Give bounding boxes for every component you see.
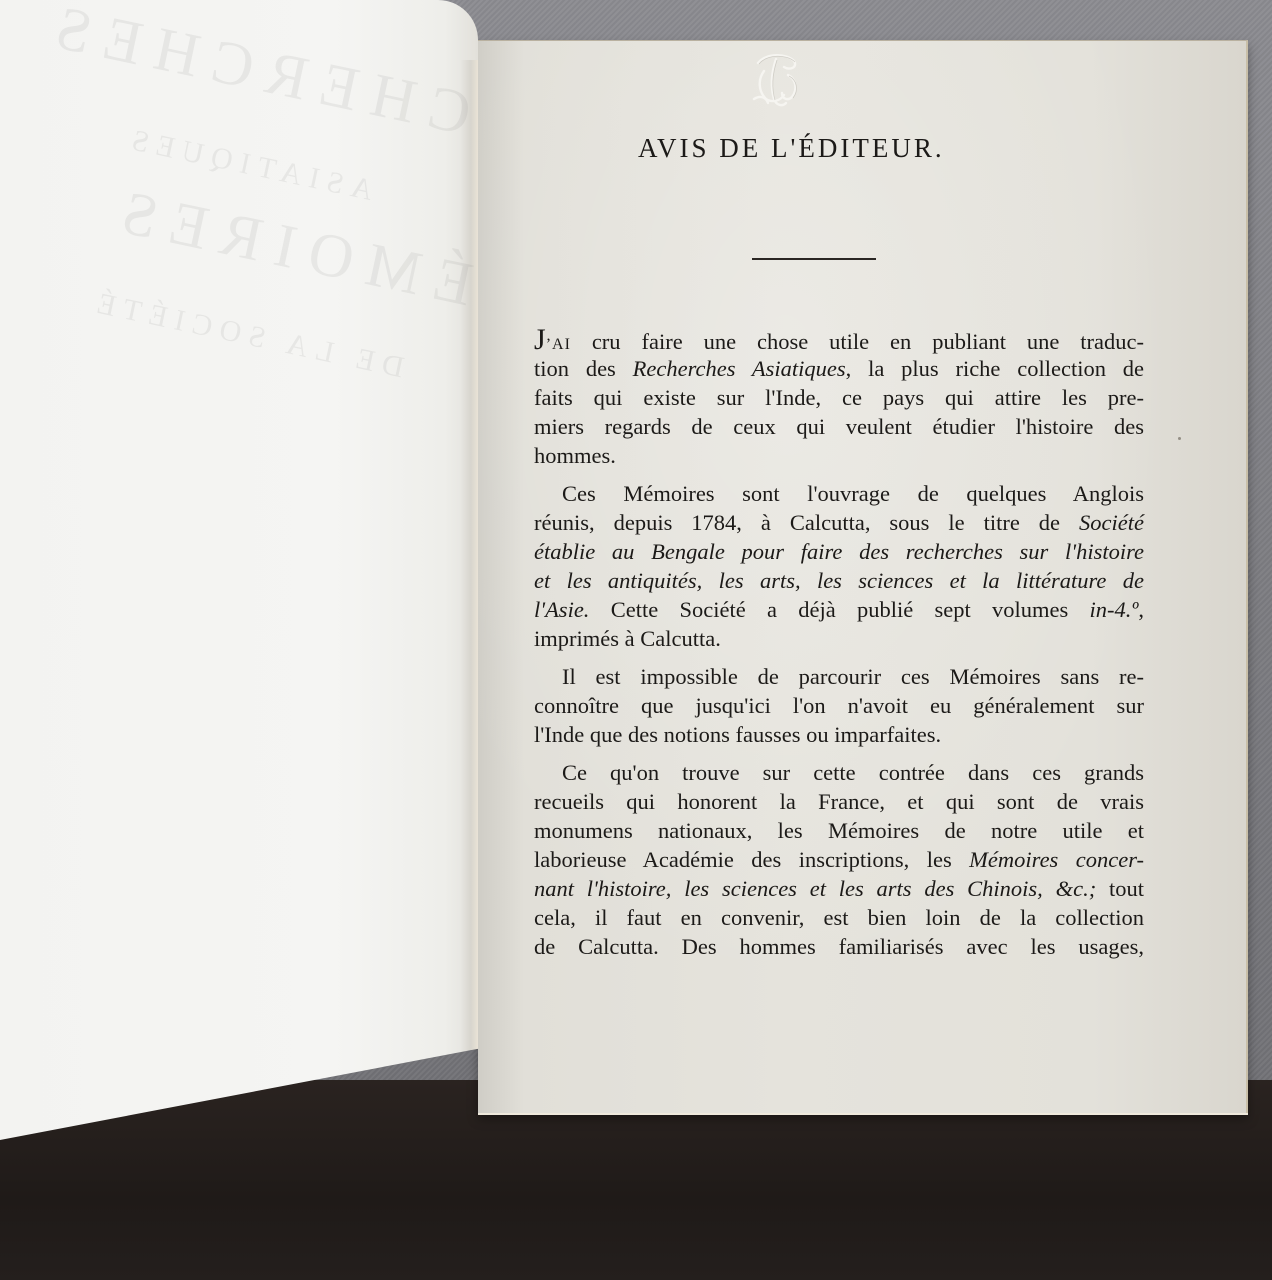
text-line: J’AI cru faire une chose utile en publia… [534,325,1144,354]
paragraph: Ce qu'on trouve sur cette contrée dans c… [534,758,1144,961]
paragraph: J’AI cru faire une chose utile en publia… [534,325,1144,470]
paragraph: Ces Mémoires sont l'ouvrage de quelques … [534,479,1144,653]
text-line: réunis, depuis 1784, à Calcutta, sous le… [534,508,1144,537]
text-line: recueils qui honorent la France, et qui … [534,787,1144,816]
text-line: Ce qu'on trouve sur cette contrée dans c… [534,758,1144,787]
text-line: monumens nationaux, les Mémoires de notr… [534,816,1144,845]
paragraph: Il est impossible de parcourir ces Mémoi… [534,662,1144,749]
embossed-monogram-icon [746,49,808,111]
text-line: cela, il faut en convenir, est bien loin… [534,903,1144,932]
text-line: laborieuse Académie des inscriptions, le… [534,845,1144,874]
text-line: nant l'histoire, les sciences et les art… [534,874,1144,903]
right-page: AVIS DE L'ÉDITEUR. J’AI cru faire une ch… [478,40,1248,1113]
text-line: faits qui existe sur l'Inde, ce pays qui… [534,383,1144,412]
text-line: établie au Bengale pour faire des recher… [534,537,1144,566]
title-divider [752,258,876,260]
text-line: et les antiquités, les arts, les science… [534,566,1144,595]
page-title: AVIS DE L'ÉDITEUR. [638,133,945,164]
text-line: l'Inde que des notions fausses ou imparf… [534,720,1144,749]
body-text: J’AI cru faire une chose utile en publia… [534,325,1144,970]
text-line: imprimés à Calcutta. [534,624,1144,653]
text-line: Il est impossible de parcourir ces Mémoi… [534,662,1144,691]
paper-speck [1178,437,1181,440]
text-line: connoître que jusqu'ici l'on n'avoit eu … [534,691,1144,720]
text-line: Ces Mémoires sont l'ouvrage de quelques … [534,479,1144,508]
text-line: tion des Recherches Asiatiques, la plus … [534,354,1144,383]
text-line: hommes. [534,441,1144,470]
text-line: de Calcutta. Des hommes familiarisés ave… [534,932,1144,961]
text-line: l'Asie. Cette Société a déjà publié sept… [534,595,1144,624]
text-line: miers regards de ceux qui veulent étudie… [534,412,1144,441]
left-page: RECHERCHESASIATIQUESMÉMOIRESDE LA SOCIÉT… [0,0,478,1140]
